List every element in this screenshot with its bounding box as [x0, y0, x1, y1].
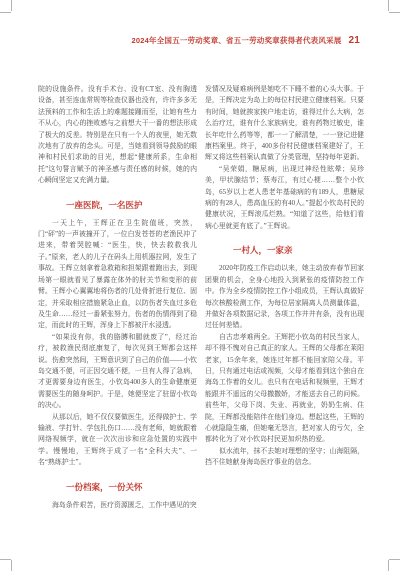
text-column-right: 发情况及疑难病例是她吃不下睡不着的心头大事。于是，王辉决定为岛上的每位村民建立健…: [205, 84, 364, 469]
crop-mark-bottom-left-horizontal: [0, 559, 11, 560]
body-paragraph: 院的设施条件。没有手术台、没有CT室、没有胸透设备，甚至连血常规等检查仪器也没有…: [38, 84, 197, 187]
crop-mark-top-left-horizontal: [0, 12, 11, 13]
body-paragraph: 一天上午，王辉正在卫生院值班，突然，门“砰”的一声被撞开了，一位白发苍苍的老渔民…: [38, 218, 197, 332]
body-paragraph: 2020年防疫工作启动以来，她主动放弃春节回家团聚的机会，全身心地投入到紧张的疫…: [205, 263, 364, 331]
body-paragraph: 从那以后，她不仅仅要做医生，还得做护士、学输液、学打针、学包扎伤口……没有老师，…: [38, 412, 197, 469]
body-paragraph: 海岛条件艰苦，医疗资源匮乏，工作中遇见的突: [38, 500, 197, 511]
crop-mark-bottom-right-vertical: [388, 560, 389, 571]
magazine-page: 2024年全国五一劳动奖章、省五一劳动奖章获得者代表风采展21 院的设施条件。没…: [0, 0, 400, 571]
page-number: 21: [348, 35, 360, 46]
crop-mark-top-right-horizontal: [389, 12, 400, 13]
body-paragraph: “吴荣娟，糖尿病，出现过神经性眩晕；吴珍美，甲状腺结节；蔡寿江，有过心梗……整个…: [205, 164, 364, 232]
crop-mark-bottom-right-horizontal: [389, 559, 400, 560]
running-title: 2024年全国五一劳动奖章、省五一劳动奖章获得者代表风采展: [131, 36, 341, 45]
section-heading: 一份档案，一份关怀: [38, 482, 197, 493]
section-heading: 一村人，一家亲: [205, 245, 364, 256]
crop-mark-bottom-left-vertical: [11, 560, 12, 571]
body-paragraph: 似水流年，抹不去她对理想的坚守；山海阻隔，挡不住她献身海岛医疗事业的信念。: [205, 446, 364, 469]
page-header: 2024年全国五一劳动奖章、省五一劳动奖章获得者代表风采展21: [0, 35, 360, 46]
body-paragraph: 自古忠孝难两全。王辉把小钦岛的村民当家人，却不得不愧对自己真正的家人。王辉的父母…: [205, 332, 364, 446]
section-heading: 一座医院，一名医护: [38, 200, 197, 211]
text-column-left: 院的设施条件。没有手术台、没有CT室、没有胸透设备，甚至连血常规等检查仪器也没有…: [38, 84, 197, 511]
body-paragraph: 发情况及疑难病例是她吃不下睡不着的心头大事。于是，王辉决定为岛上的每位村民建立健…: [205, 84, 364, 164]
crop-mark-top-right-vertical: [388, 0, 389, 11]
crop-mark-top-left-vertical: [11, 0, 12, 11]
body-paragraph: “如果没有你，我的胳膊和腿就废了”，经过治疗，被救渔民彻底康复了，每次见到王辉都…: [38, 332, 197, 412]
